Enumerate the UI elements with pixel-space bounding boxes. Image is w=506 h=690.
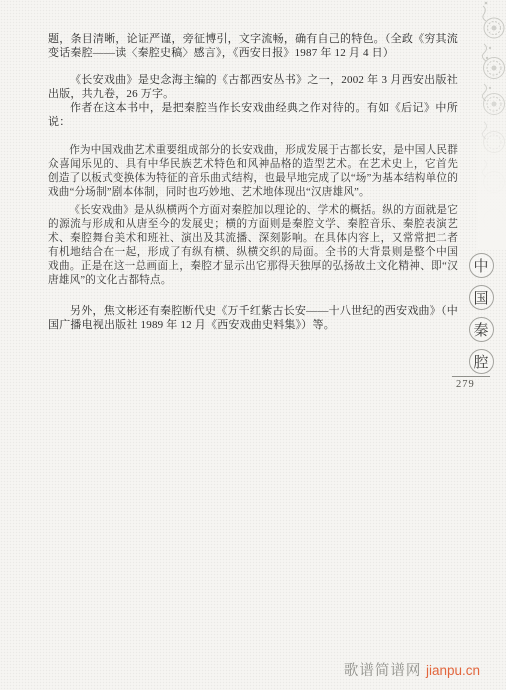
watermark: 歌谱简谱网 jianpu.cn bbox=[344, 659, 480, 680]
seal-char-zhong: 中 bbox=[469, 253, 494, 278]
book-page: 题，条目清晰，论证严谨，旁征博引，文字流畅，确有自己的特色。（全政《穷其流变话秦… bbox=[0, 0, 506, 690]
quote-paragraph-2: 《长安戏曲》是从纵横两个方面对秦腔加以理论的、学术的概括。纵的方面就是它的源流与… bbox=[48, 204, 458, 288]
lace-fade-overlay bbox=[478, 0, 506, 250]
watermark-site-name: 歌谱简谱网 bbox=[344, 663, 422, 679]
seal-char-guo: 国 bbox=[469, 285, 494, 310]
main-text-column: 题，条目清晰，论证严谨，旁征博引，文字流畅，确有自己的特色。（全政《穷其流变话秦… bbox=[48, 32, 458, 332]
page-number: 279 bbox=[456, 379, 475, 390]
paragraph-author-view: 作者在这本书中，是把秦腔当作长安戏曲经典之作对待的。有如《后记》中所说： bbox=[48, 101, 458, 129]
paragraph-book-intro: 《长安戏曲》是史念海主编的《古都西安丛书》之一，2002 年 3 月西安出版社出… bbox=[48, 73, 458, 101]
seal-char-qin: 秦 bbox=[469, 317, 494, 342]
quote-block: 作为中国戏曲艺术重要组成部分的长安戏曲，形成发展于古都长安，是中国人民群众喜闻乐… bbox=[48, 144, 458, 288]
paragraph-citation-continuation: 题，条目清晰，论证严谨，旁征博引，文字流畅，确有自己的特色。（全政《穷其流变话秦… bbox=[48, 32, 458, 60]
watermark-site-url: jianpu.cn bbox=[426, 663, 480, 678]
lace-border-ornament bbox=[478, 0, 506, 250]
quote-paragraph-1: 作为中国戏曲艺术重要组成部分的长安戏曲，形成发展于古都长安，是中国人民群众喜闻乐… bbox=[48, 144, 458, 200]
page-number-divider bbox=[452, 376, 490, 377]
sidebar-title-seal: 中 国 秦 腔 bbox=[468, 253, 494, 381]
seal-char-qiang: 腔 bbox=[469, 349, 494, 374]
paragraph-closing: 另外，焦文彬还有秦腔断代史《万千红紫古长安——十八世纪的西安戏曲》（中国广播电视… bbox=[48, 304, 458, 332]
